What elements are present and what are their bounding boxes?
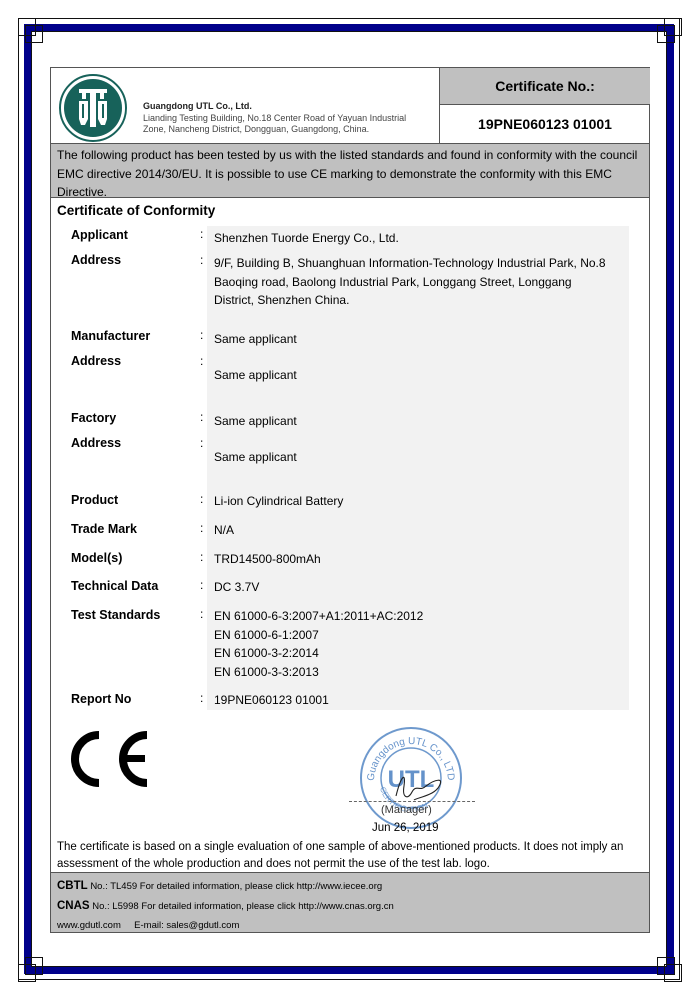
field-value: N/A	[214, 521, 624, 540]
value-line: N/A	[214, 521, 624, 540]
field-value: Same applicant	[214, 412, 624, 431]
certificate-footer: CBTL No.: TL459 For detailed information…	[51, 872, 649, 932]
field-colon: :	[200, 521, 203, 535]
frame-corner-ornament	[657, 25, 675, 43]
company-stamp-icon: Guangdong UTL Co., LTD. UTL CERTIFICATIO…	[356, 726, 466, 836]
issuer-address-line2: Zone, Nancheng District, Dongguan, Guang…	[143, 124, 443, 136]
field-colon: :	[200, 550, 203, 564]
value-line: EN 61000-3-2:2014	[214, 644, 624, 663]
field-colon: :	[200, 410, 203, 424]
field-colon: :	[200, 691, 203, 705]
field-label: Test Standards	[71, 608, 160, 622]
field-value: EN 61000-6-3:2007+A1:2011+AC:2012 EN 610…	[214, 607, 624, 681]
cbtl-line: CBTL No.: TL459 For detailed information…	[57, 876, 643, 896]
cbtl-text: No.: TL459 For detailed information, ple…	[90, 881, 296, 892]
field-label: Manufacturer	[71, 329, 150, 343]
issuer-address-line1: Lianding Testing Building, No.18 Center …	[143, 113, 443, 125]
issue-date: Jun 26, 2019	[372, 822, 439, 834]
field-value: Same applicant	[214, 448, 624, 467]
certificate-number-box: Certificate No.: 19PNE060123 01001	[439, 68, 650, 143]
utl-logo-icon	[59, 74, 127, 142]
field-value: Shenzhen Tuorde Energy Co., Ltd.	[214, 229, 624, 248]
field-label: Factory	[71, 411, 116, 425]
field-label: Trade Mark	[71, 522, 137, 536]
document-title: Certificate of Conformity	[57, 203, 215, 218]
cbtl-label: CBTL	[57, 880, 88, 892]
field-colon: :	[200, 607, 203, 621]
contact-line: www.gdutl.com E-mail: sales@gdutl.com	[57, 916, 643, 936]
field-label: Address	[71, 253, 121, 267]
value-line: Same applicant	[214, 448, 624, 467]
value-line: 19PNE060123 01001	[214, 691, 624, 710]
issuer-info: Guangdong UTL Co., Ltd. Lianding Testing…	[143, 101, 443, 136]
frame-corner-ornament	[25, 25, 43, 43]
cnas-line: CNAS No.: L5998 For detailed information…	[57, 896, 643, 916]
field-colon: :	[200, 492, 203, 506]
certificate-number-label: Certificate No.:	[440, 68, 650, 105]
value-line: EN 61000-6-1:2007	[214, 626, 624, 645]
value-line: Li-ion Cylindrical Battery	[214, 492, 624, 511]
frame-corner-ornament	[25, 957, 43, 975]
value-line: District, Shenzhen China.	[214, 291, 624, 310]
field-value: 19PNE060123 01001	[214, 691, 624, 710]
certificate: Guangdong UTL Co., Ltd. Lianding Testing…	[50, 67, 650, 933]
frame-corner-ornament	[657, 957, 675, 975]
field-value: Li-ion Cylindrical Battery	[214, 492, 624, 511]
field-label: Product	[71, 493, 118, 507]
svg-text:UTL: UTL	[388, 766, 435, 793]
value-line: EN 61000-6-3:2007+A1:2011+AC:2012	[214, 607, 624, 626]
ce-mark-icon	[71, 731, 153, 787]
issuer-name: Guangdong UTL Co., Ltd.	[143, 101, 443, 113]
certificate-header: Guangdong UTL Co., Ltd. Lianding Testing…	[51, 68, 649, 143]
field-label: Applicant	[71, 228, 128, 242]
field-label: Technical Data	[71, 579, 158, 593]
value-line: TRD14500-800mAh	[214, 550, 624, 569]
website-link[interactable]: www.gdutl.com	[57, 920, 121, 931]
field-value: 9/F, Building B, Shuanghuan Information-…	[214, 254, 624, 310]
cnas-link[interactable]: http://www.cnas.org.cn	[298, 901, 394, 912]
field-colon: :	[200, 354, 203, 368]
field-label: Address	[71, 354, 121, 368]
intro-statement: The following product has been tested by…	[51, 143, 649, 198]
value-line: Same applicant	[214, 330, 624, 349]
cbtl-link[interactable]: http://www.iecee.org	[297, 881, 383, 892]
field-label: Address	[71, 436, 121, 450]
value-line: EN 61000-3-3:2013	[214, 663, 624, 682]
field-colon: :	[200, 328, 203, 342]
cnas-text: No.: L5998 For detailed information, ple…	[92, 901, 298, 912]
field-value: DC 3.7V	[214, 578, 624, 597]
signature-line	[349, 801, 475, 802]
value-line: Shenzhen Tuorde Energy Co., Ltd.	[214, 229, 624, 248]
signatory-role: (Manager)	[381, 804, 432, 816]
value-line: Baoqing road, Baolong Industrial Park, L…	[214, 273, 624, 292]
disclaimer-text: The certificate is based on a single eva…	[57, 839, 647, 872]
value-line: 9/F, Building B, Shuanghuan Information-…	[214, 254, 624, 273]
email-link[interactable]: sales@gdutl.com	[166, 920, 239, 931]
certificate-number-value: 19PNE060123 01001	[440, 105, 650, 143]
field-colon: :	[200, 227, 203, 241]
value-line: Same applicant	[214, 366, 624, 385]
value-line: DC 3.7V	[214, 578, 624, 597]
field-colon: :	[200, 436, 203, 450]
field-label: Model(s)	[71, 551, 122, 565]
field-colon: :	[200, 253, 203, 267]
field-colon: :	[200, 578, 203, 592]
value-line: Same applicant	[214, 412, 624, 431]
field-value: TRD14500-800mAh	[214, 550, 624, 569]
email-label: E-mail:	[134, 920, 166, 931]
field-value: Same applicant	[214, 330, 624, 349]
field-value: Same applicant	[214, 366, 624, 385]
field-label: Report No	[71, 692, 131, 706]
cnas-label: CNAS	[57, 900, 90, 912]
